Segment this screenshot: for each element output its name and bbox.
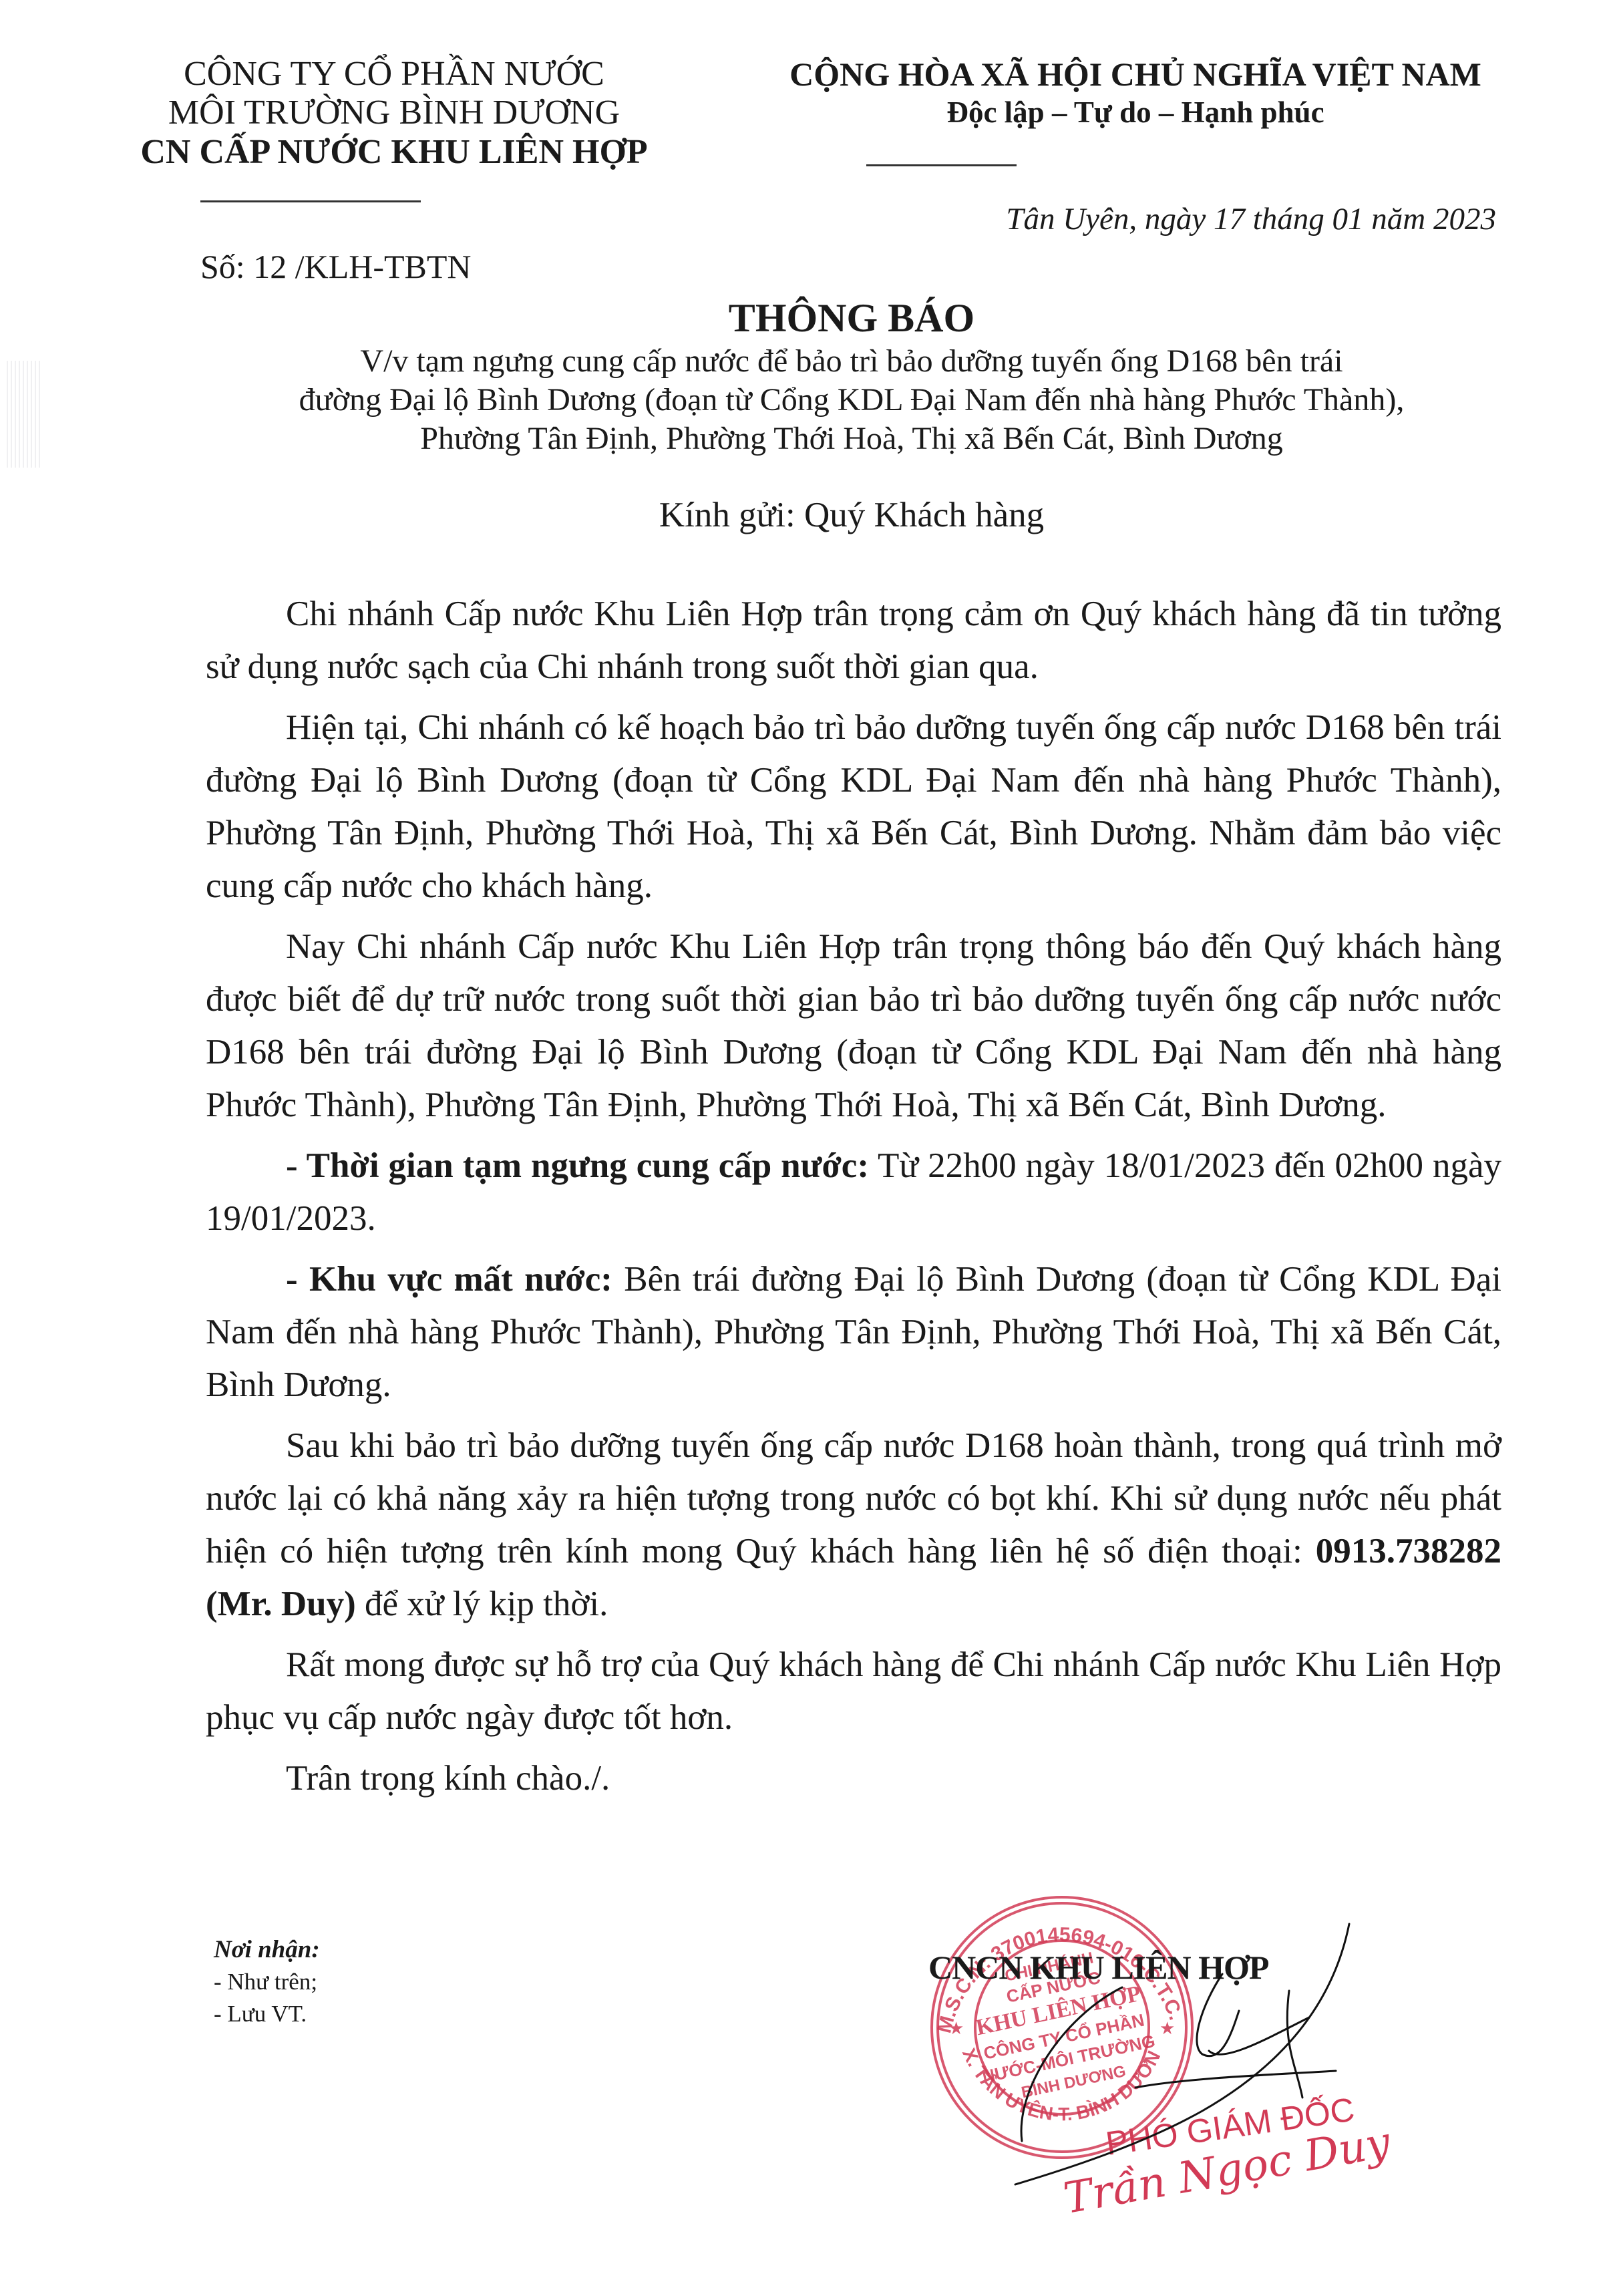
subject-line-2: đường Đại lộ Bình Dương (đoạn từ Cổng KD… (200, 381, 1503, 420)
paragraph-notice: Nay Chi nhánh Cấp nước Khu Liên Hợp trân… (206, 921, 1501, 1132)
paragraph-contact: Sau khi bảo trì bảo dưỡng tuyến ống cấp … (206, 1420, 1501, 1631)
contact-text: Sau khi bảo trì bảo dưỡng tuyến ống cấp … (206, 1426, 1501, 1571)
national-motto: Độc lập – Tự do – Hạnh phúc (768, 94, 1503, 131)
closing: Trân trọng kính chào./. (206, 1752, 1501, 1805)
paragraph-outage-area: - Khu vực mất nước: Bên trái đường Đại l… (206, 1253, 1501, 1412)
subject-line-1: V/v tạm ngưng cung cấp nước để bảo trì b… (200, 342, 1503, 381)
org-branch: CN CẤP NƯỚC KHU LIÊN HỢP (127, 132, 661, 172)
outage-time-label: - Thời gian tạm ngưng cung cấp nước: (286, 1146, 869, 1185)
national-header: CỘNG HÒA XÃ HỘI CHỦ NGHĨA VIỆT NAM Độc l… (768, 55, 1503, 131)
paragraph-outage-time: - Thời gian tạm ngưng cung cấp nước: Từ … (206, 1140, 1501, 1245)
title-block: THÔNG BÁO V/v tạm ngưng cung cấp nước để… (200, 294, 1503, 458)
outage-area-label: - Khu vực mất nước: (286, 1260, 612, 1299)
document-body: Chi nhánh Cấp nước Khu Liên Hợp trân trọ… (206, 588, 1501, 1805)
svg-text:★: ★ (948, 2018, 964, 2038)
contact-text-end: để xử lý kịp thời. (356, 1585, 608, 1623)
svg-text:★: ★ (1159, 2018, 1175, 2038)
divider-right (866, 164, 1017, 166)
national-title: CỘNG HÒA XÃ HỘI CHỦ NGHĨA VIỆT NAM (768, 55, 1503, 94)
subject-line-3: Phường Tân Định, Phường Thới Hoà, Thị xã… (200, 420, 1503, 458)
divider-left (200, 200, 421, 202)
place-date: Tân Uyên, ngày 17 tháng 01 năm 2023 (862, 200, 1496, 238)
paragraph-plan: Hiện tại, Chi nhánh có kế hoạch bảo trì … (206, 701, 1501, 913)
paragraph-support: Rất mong được sự hỗ trợ của Quý khách hà… (206, 1639, 1501, 1744)
signing-unit: CNCN KHU LIÊN HỢP (928, 1947, 1268, 1987)
org-line-1: CÔNG TY CỔ PHẦN NƯỚC (127, 55, 661, 94)
scan-artifact (7, 361, 40, 468)
recipient-item: - Lưu VT. (214, 1998, 320, 2030)
document-number: Số: 12 /KLH-TBTN (200, 247, 472, 286)
document-title: THÔNG BÁO (200, 294, 1503, 342)
paragraph-thanks: Chi nhánh Cấp nước Khu Liên Hợp trân trọ… (206, 588, 1501, 693)
org-line-2: MÔI TRƯỜNG BÌNH DƯƠNG (127, 94, 661, 132)
recipients: Nơi nhận: - Như trên; - Lưu VT. (214, 1934, 320, 2030)
recipients-heading: Nơi nhận: (214, 1934, 320, 1966)
recipient-item: - Như trên; (214, 1966, 320, 1998)
issuing-organization: CÔNG TY CỔ PHẦN NƯỚC MÔI TRƯỜNG BÌNH DƯƠ… (127, 55, 661, 172)
salutation: Kính gửi: Quý Khách hàng (200, 494, 1503, 536)
